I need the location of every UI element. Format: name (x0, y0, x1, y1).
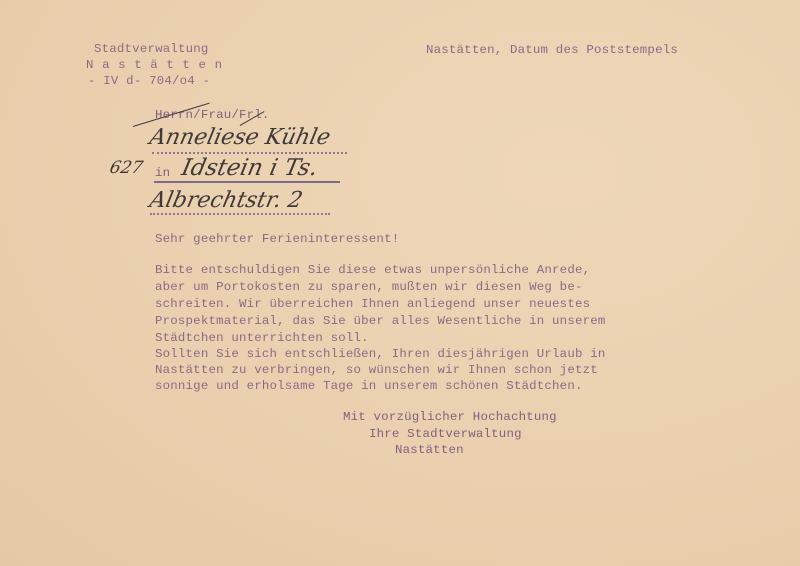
recipient-name: Anneliese Kühle (147, 125, 332, 150)
body-line-3: schreiten. Wir überreichen Ihnen anliege… (155, 296, 590, 313)
city-prefix: in (155, 165, 170, 182)
postal-code: 627 (108, 158, 145, 178)
body-line-7: Nastätten zu verbringen, so wünschen wir… (155, 362, 598, 379)
place-date: Nastätten, Datum des Poststempels (426, 42, 678, 59)
sender-name: Stadtverwaltung (94, 41, 209, 58)
body-line-1: Bitte entschuldigen Sie diese etwas unpe… (155, 262, 590, 279)
sender-town: N a s t ä t t e n (86, 57, 223, 74)
closing: Mit vorzüglicher Hochachtung (343, 409, 557, 426)
signature-town: Nastätten (395, 442, 464, 459)
body-line-5: Städtchen unterrichten soll. (155, 330, 369, 347)
city-underline (154, 181, 340, 183)
reference-number: - IV d- 704/o4 - (88, 73, 210, 90)
recipient-city: Idstein i Ts. (179, 155, 320, 181)
signature-org: Ihre Stadtverwaltung (369, 426, 522, 443)
body-line-4: Prospektmaterial, das Sie über alles Wes… (155, 313, 606, 330)
body-line-6: Sollten Sie sich entschließen, Ihren die… (155, 346, 606, 363)
name-dotted-line (152, 152, 347, 154)
street-dotted-line (150, 213, 330, 215)
greeting: Sehr geehrter Ferieninteressent! (155, 231, 399, 248)
postcard-document: Stadtverwaltung N a s t ä t t e n - IV d… (0, 0, 800, 566)
recipient-street: Albrechtstr. 2 (147, 188, 304, 213)
body-line-8: sonnige und erholsame Tage in unserem sc… (155, 378, 583, 395)
salutation-prefix: Herrn/Frau/Frl. (155, 107, 270, 124)
body-line-2: aber um Portokosten zu sparen, mußten wi… (155, 279, 583, 296)
